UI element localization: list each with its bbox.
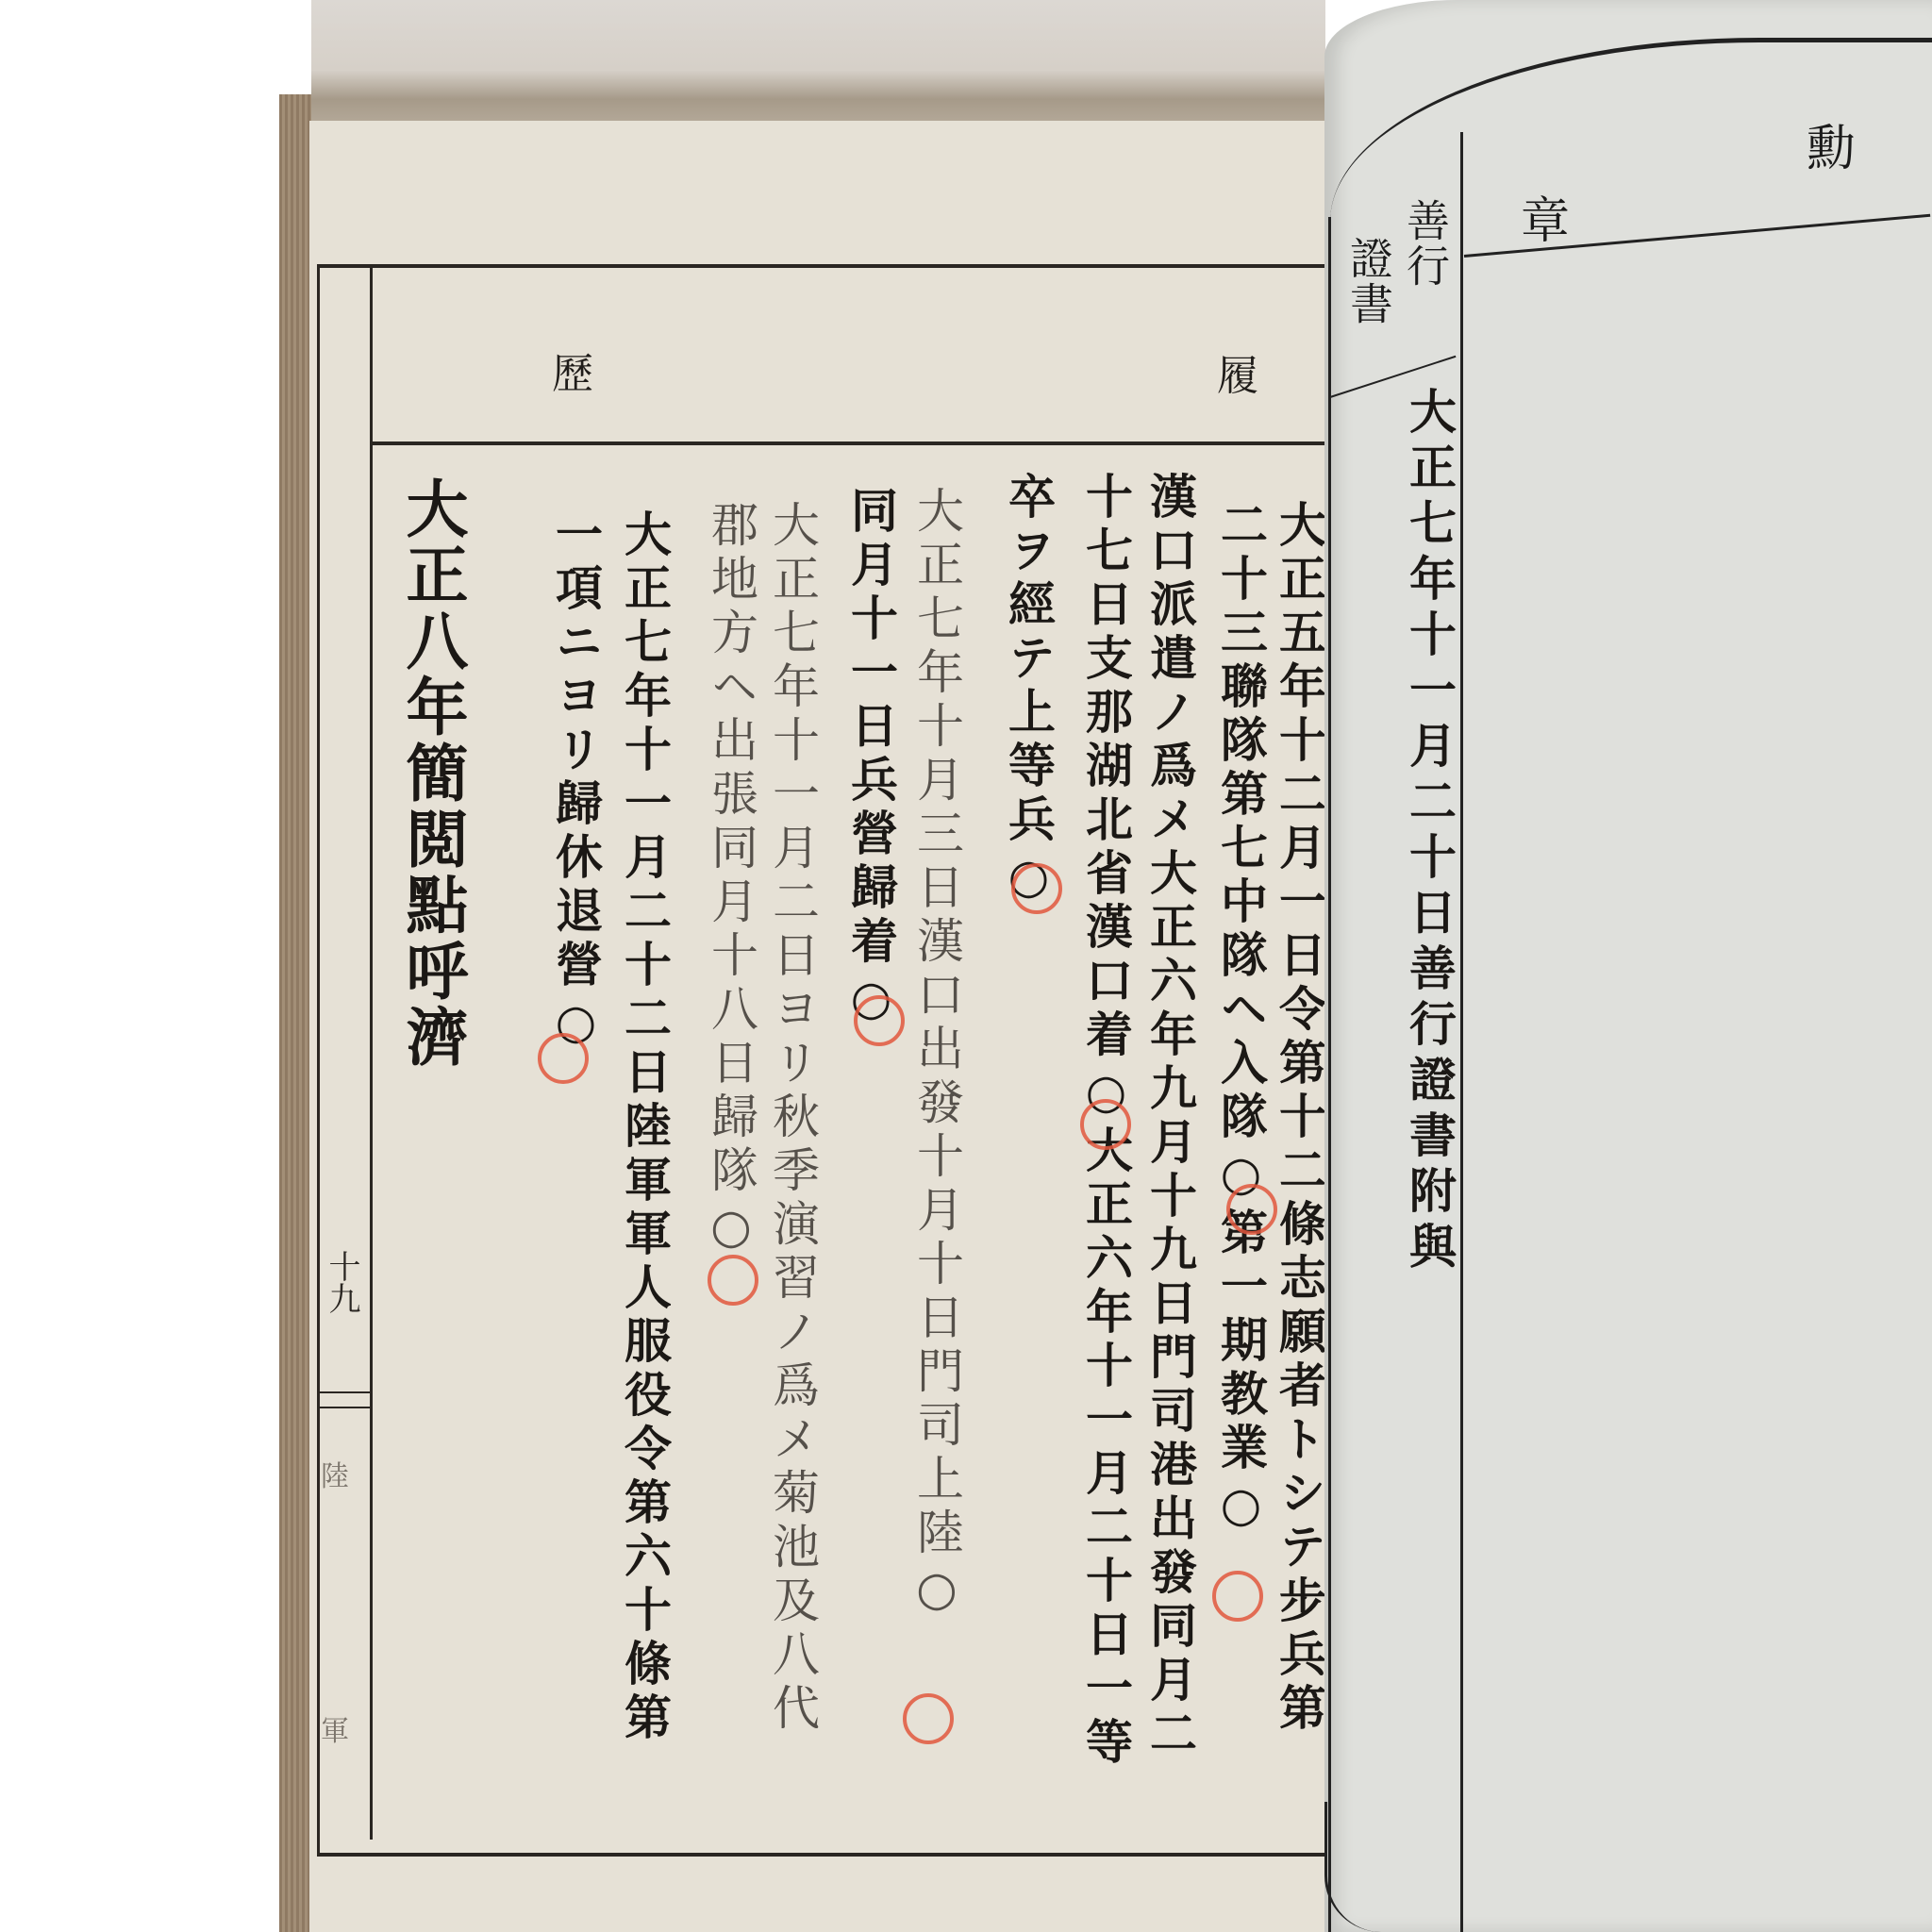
header-char-sho: 章 bbox=[1521, 181, 1570, 252]
record-entry-10: 大正七年十一月二十二日陸軍軍人服役令第六十條第 bbox=[621, 509, 668, 1746]
record-entry-6: 大正七年十月三日漢口出發十月十日門司上陸○ bbox=[913, 486, 960, 1623]
record-entry-1: 大正五年十二月一日令第十二條志願者トシテ步兵第 bbox=[1275, 500, 1323, 1737]
margin-rule bbox=[317, 1391, 370, 1408]
seal-circle bbox=[903, 1693, 954, 1744]
right-page-left-line bbox=[1328, 217, 1331, 1932]
inspection-stamp: 大正八年簡閲點呼濟 bbox=[401, 476, 463, 1071]
record-entry-7: 同月十一日兵營歸着○ bbox=[847, 486, 894, 1032]
page-number: 十九 bbox=[319, 1250, 365, 1314]
header-char-reki: 歷 bbox=[552, 340, 593, 400]
seal-circle bbox=[708, 1255, 758, 1306]
seal-circle bbox=[538, 1033, 589, 1084]
margin-faint-char: 陸 bbox=[321, 1453, 349, 1494]
header-char-ri: 履 bbox=[1217, 341, 1258, 402]
right-page-bottom-curve bbox=[1324, 1802, 1441, 1932]
book-cover-cloth bbox=[311, 0, 1325, 127]
label-zenko: 善行 bbox=[1394, 198, 1457, 289]
record-entry-11: 一項ニヨリ歸休退營○ bbox=[552, 509, 599, 1056]
seal-circle bbox=[1226, 1184, 1277, 1235]
good-conduct-entry: 大正七年十一月二十日善行證書附與 bbox=[1406, 387, 1453, 1277]
header-char-kun: 勳 bbox=[1807, 108, 1856, 179]
margin-faint-char: 軍 bbox=[321, 1707, 349, 1749]
seal-circle bbox=[1080, 1099, 1131, 1150]
record-entry-3: 漢口派遣ノ爲メ大正六年九月十九日門司港出發同月二 bbox=[1146, 472, 1193, 1762]
record-entry-5: 卒ヲ經テ上等兵○ bbox=[1005, 472, 1052, 910]
label-shosho: 證書 bbox=[1338, 236, 1400, 326]
record-entry-2: 二十三聯隊第七中隊ヘ入隊○第一期教業○ bbox=[1217, 500, 1264, 1539]
book-spine bbox=[279, 94, 311, 1932]
record-entry-9: 郡地方ヘ出張同月十八日歸隊○ bbox=[708, 500, 755, 1260]
seal-circle bbox=[1212, 1571, 1263, 1622]
record-entry-8: 大正七年十一月二日ヨリ秋季演習ノ爲メ菊池及八代 bbox=[769, 500, 816, 1737]
seal-circle bbox=[854, 995, 905, 1046]
header-divider bbox=[370, 441, 1326, 445]
seal-circle bbox=[1011, 863, 1062, 914]
right-page-column-line bbox=[1460, 132, 1463, 1932]
